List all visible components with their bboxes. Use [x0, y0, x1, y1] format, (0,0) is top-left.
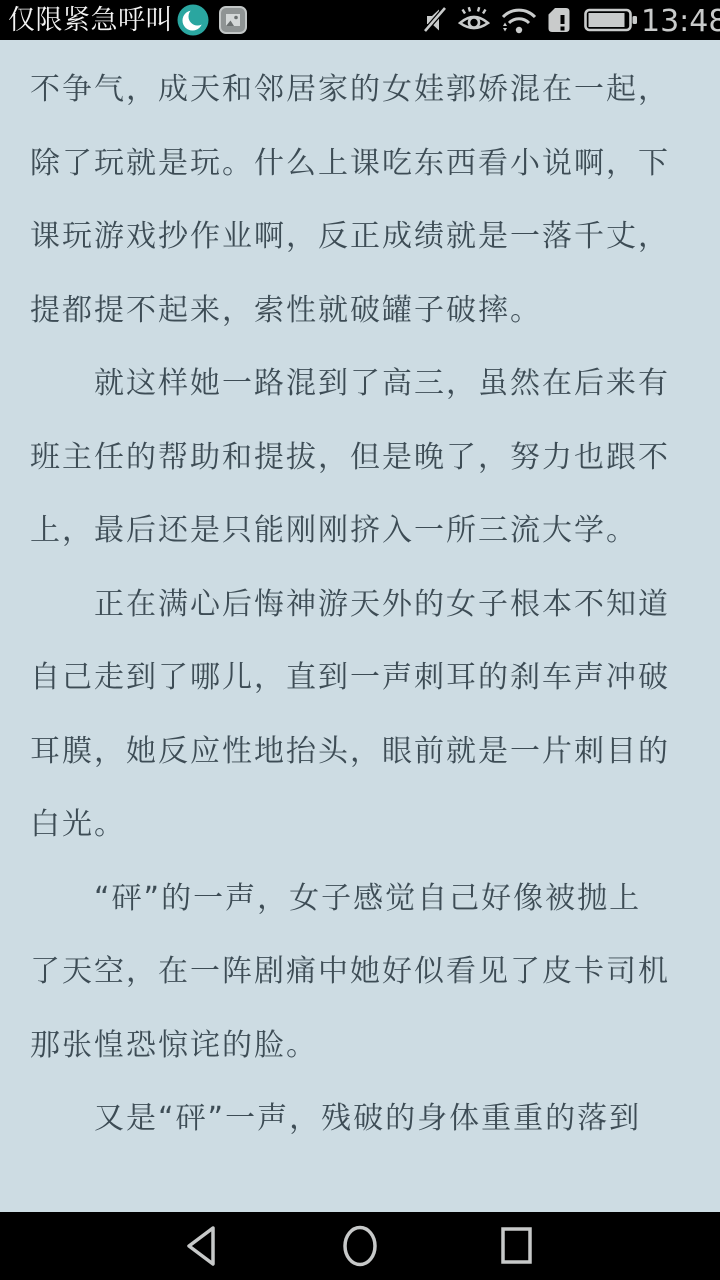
wifi-icon [497, 0, 537, 40]
text-line: 课玩游戏抄作业啊，反正成绩就是一落千丈， [30, 200, 696, 274]
text-line: 那张惶恐惊诧的脸。 [30, 1009, 696, 1083]
home-button[interactable] [320, 1212, 400, 1280]
screenshot-thumbnail-icon [219, 0, 247, 40]
text-line: 耳膜，她反应性地抬头，眼前就是一片刺目的 [30, 715, 696, 789]
back-icon [182, 1224, 218, 1268]
text-line: 又是“砰”一声，残破的身体重重的落到 [30, 1082, 696, 1156]
home-icon [339, 1223, 381, 1269]
text-line: 白光。 [30, 788, 696, 862]
android-nav-bar [0, 1212, 720, 1280]
phone-screen: 仅限紧急呼叫 [0, 0, 720, 1280]
mute-icon [420, 0, 450, 40]
text-line: 不争气，成天和邻居家的女娃郭娇混在一起， [30, 53, 696, 127]
recents-button[interactable] [477, 1212, 557, 1280]
text-line: 上，最后还是只能刚刚挤入一所三流大学。 [30, 494, 696, 568]
status-clock: 13:48 [641, 0, 720, 40]
text-line: 除了玩就是玩。什么上课吃东西看小说啊，下 [30, 127, 696, 201]
status-bar[interactable]: 仅限紧急呼叫 [0, 0, 720, 40]
back-button[interactable] [160, 1212, 240, 1280]
eye-comfort-icon [456, 0, 492, 40]
text-line: 班主任的帮助和提拔，但是晚了，努力也跟不 [30, 421, 696, 495]
text-line: 了天空，在一阵剧痛中她好似看见了皮卡司机 [30, 935, 696, 1009]
text-line: “砰”的一声，女子感觉自己好像被抛上 [30, 862, 696, 936]
reader-page[interactable]: 不争气，成天和邻居家的女娃郭娇混在一起，除了玩就是玩。什么上课吃东西看小说啊，下… [0, 40, 720, 1212]
text-line: 正在满心后悔神游天外的女子根本不知道 [30, 568, 696, 642]
battery-icon [584, 0, 638, 40]
carrier-status-text: 仅限紧急呼叫 [8, 0, 173, 40]
sim-alert-icon [545, 0, 573, 40]
recents-icon [498, 1224, 536, 1268]
text-line: 提都提不起来，索性就破罐子破摔。 [30, 274, 696, 348]
do-not-disturb-moon-icon [177, 0, 209, 40]
text-line: 就这样她一路混到了高三，虽然在后来有 [30, 347, 696, 421]
text-line: 自己走到了哪儿，直到一声刺耳的刹车声冲破 [30, 641, 696, 715]
